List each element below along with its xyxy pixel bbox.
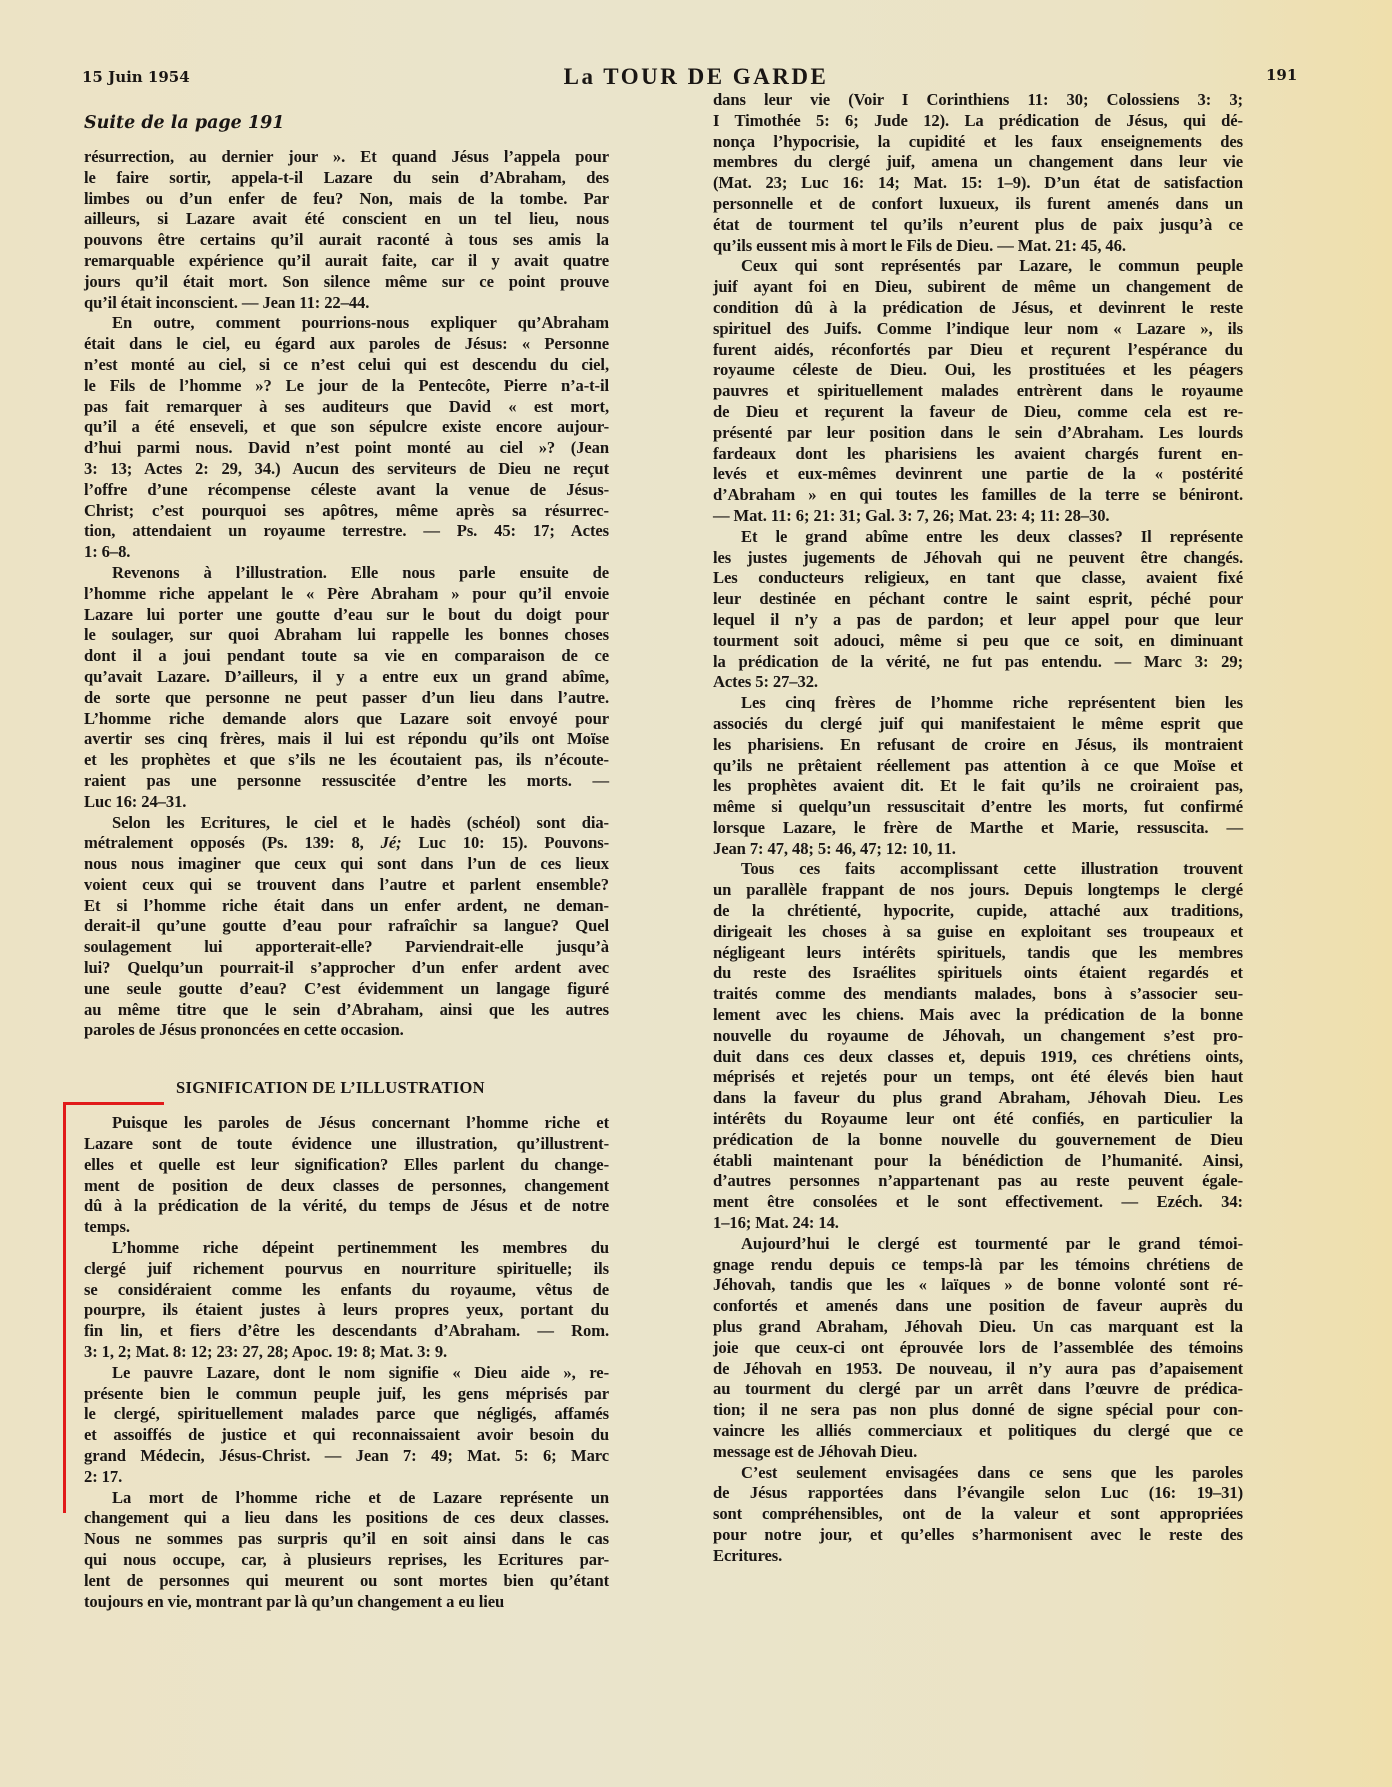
text-line: ailleurs, si Lazare avait été conscient … xyxy=(84,209,609,230)
text-line: Christ; c’est pourquoi ses apôtres, même… xyxy=(84,501,609,522)
text-line: de Jésus rapportées dans l’évangile selo… xyxy=(713,1483,1243,1504)
text-line: Jéhovah, tandis que les « laïques » de b… xyxy=(713,1275,1243,1296)
left-paragraphs-after-heading: Puisque les paroles de Jésus concernant … xyxy=(84,1113,609,1612)
text-line: pourpre, ils étaient justes à leurs prop… xyxy=(84,1300,609,1321)
text-line: dû à la prédication de la vérité, du tem… xyxy=(84,1196,609,1217)
text-line: duit dans ces deux classes et, depuis 19… xyxy=(713,1047,1243,1068)
text-line: établi maintenant pour la bénédiction de… xyxy=(713,1151,1243,1172)
text-line: Jean 7: 47, 48; 5: 46, 47; 12: 10, 11. xyxy=(713,839,1243,860)
text-line: tion; il ne sera pas non plus donné de s… xyxy=(713,1400,1243,1421)
text-line: d’Abraham » en qui toutes les familles d… xyxy=(713,485,1243,506)
text-line: paroles de Jésus prononcées en cette occ… xyxy=(84,1020,609,1041)
page-number: 191 xyxy=(1266,66,1297,84)
text-line: gnage rendu depuis ce temps-là par les t… xyxy=(713,1255,1243,1276)
text-line: grand Médecin, Jésus-Christ. — Jean 7: 4… xyxy=(84,1446,609,1467)
text-line: traités comme des mendiants malades, bon… xyxy=(713,984,1243,1005)
text-line: sont compréhensibles, ont de la valeur e… xyxy=(713,1504,1243,1525)
text-line: résurrection, au dernier jour ». Et quan… xyxy=(84,147,609,168)
paragraph: Les cinq frères de l’homme riche représe… xyxy=(713,693,1243,859)
text-line: Puisque les paroles de Jésus concernant … xyxy=(84,1113,609,1134)
publication-title: La TOUR DE GARDE xyxy=(0,64,1392,90)
text-line: fardeaux dont les pharisiens les avaient… xyxy=(713,444,1243,465)
text-line: un parallèle frappant de nos jours. Depu… xyxy=(713,880,1243,901)
text-line: le faire sortir, appela-t-il Lazare du s… xyxy=(84,168,609,189)
text-line: l’homme riche appelant le « Père Abraham… xyxy=(84,584,609,605)
text-line: furent aidés, réconfortés par Dieu et re… xyxy=(713,340,1243,361)
text-line: elles et quelle est leur signification? … xyxy=(84,1155,609,1176)
text-line: La mort de l’homme riche et de Lazare re… xyxy=(84,1488,609,1509)
text-line: 2: 17. xyxy=(84,1467,609,1488)
text-line: nouvelle du royaume de Jéhovah, un chang… xyxy=(713,1026,1243,1047)
text-line: Lazare lui porter une goutte d’eau sur l… xyxy=(84,605,609,626)
text-line: Revenons à l’illustration. Elle nous par… xyxy=(84,563,609,584)
text-line: se considéraient comme les enfants du ro… xyxy=(84,1280,609,1301)
text-line: Ceux qui sont représentés par Lazare, le… xyxy=(713,256,1243,277)
text-line: juif ayant foi en Dieu, subirent de même… xyxy=(713,277,1243,298)
red-margin-marker-horizontal xyxy=(63,1102,164,1105)
right-paragraphs: dans leur vie (Voir I Corinthiens 11: 30… xyxy=(713,90,1243,1567)
red-margin-marker-vertical xyxy=(63,1102,66,1513)
text-line: raient pas une personne ressuscitée d’en… xyxy=(84,771,609,792)
text-line: ment de position de deux classes de pers… xyxy=(84,1176,609,1197)
paragraph: L’homme riche dépeint pertinemment les m… xyxy=(84,1238,609,1363)
text-line: Aujourd’hui le clergé est tourmenté par … xyxy=(713,1234,1243,1255)
continued-label: Suite de la page 191 xyxy=(84,112,609,147)
text-line: nous nous imaginer que ceux qui sont dan… xyxy=(84,854,609,875)
paragraph: dans leur vie (Voir I Corinthiens 11: 30… xyxy=(713,90,1243,256)
text-line: I Timothée 5: 6; Jude 12). La prédicatio… xyxy=(713,111,1243,132)
text-line: lequel il n’y a pas de pardon; et leur a… xyxy=(713,610,1243,631)
text-line: d’hui parmi nous. David n’est point mont… xyxy=(84,438,609,459)
paragraph: Selon les Ecritures, le ciel et le hadès… xyxy=(84,813,609,1042)
text-line: et les prophètes et que s’ils ne les éco… xyxy=(84,750,609,771)
text-line: n’est monté au ciel, si ce n’est celui q… xyxy=(84,355,609,376)
text-line: fin lin, et fiers d’être les descendants… xyxy=(84,1321,609,1342)
text-line: dirigeait les choses à sa guise en explo… xyxy=(713,922,1243,943)
text-line: qui nous occupe, car, à plusieurs repris… xyxy=(84,1550,609,1571)
text-line: qu’il a été enseveli, et que son sépulcr… xyxy=(84,417,609,438)
text-line: présenté par leur position dans le sein … xyxy=(713,423,1243,444)
text-line: le Fils de l’homme »? Le jour de la Pent… xyxy=(84,376,609,397)
text-line: 3: 13; Actes 2: 29, 34.) Aucun des servi… xyxy=(84,459,609,480)
section-heading: SIGNIFICATION DE L’ILLUSTRATION xyxy=(84,1077,609,1099)
text-line: de Dieu et reçurent la faveur de Dieu, c… xyxy=(713,402,1243,423)
text-line: état de tourment tel qu’ils n’eurent plu… xyxy=(713,215,1243,236)
text-line: de la chrétienté, hypocrite, cupide, att… xyxy=(713,901,1243,922)
text-line: les justes jugements de Jéhovah qui ne p… xyxy=(713,548,1243,569)
text-line: présente bien le commun peuple juif, les… xyxy=(84,1384,609,1405)
paragraph: C’est seulement envisagées dans ce sens … xyxy=(713,1463,1243,1567)
text-line: était dans le ciel, eu égard aux paroles… xyxy=(84,334,609,355)
section-spacer xyxy=(84,1041,609,1077)
text-line: soulagement lui apporterait-elle? Parvie… xyxy=(84,937,609,958)
text-line: Actes 5: 27–32. xyxy=(713,672,1243,693)
paragraph: Le pauvre Lazare, dont le nom signifie «… xyxy=(84,1363,609,1488)
text-line: au tourment du clergé par un arrêt dans … xyxy=(713,1379,1243,1400)
paragraph: Revenons à l’illustration. Elle nous par… xyxy=(84,563,609,813)
text-line: Tous ces faits accomplissant cette illus… xyxy=(713,859,1243,880)
text-line: 3: 1, 2; Mat. 8: 12; 23: 27, 28; Apoc. 1… xyxy=(84,1342,609,1363)
text-line: personnelle et de confort luxueux, ils f… xyxy=(713,194,1243,215)
text-line: prédication de la bonne nouvelle du gouv… xyxy=(713,1130,1243,1151)
right-column: dans leur vie (Voir I Corinthiens 11: 30… xyxy=(713,90,1243,1567)
text-line: et assoiffés de justice et qui reconnais… xyxy=(84,1425,609,1446)
text-line: les pharisiens. En refusant de croire en… xyxy=(713,735,1243,756)
paragraph: Tous ces faits accomplissant cette illus… xyxy=(713,859,1243,1233)
left-paragraphs-before-heading: résurrection, au dernier jour ». Et quan… xyxy=(84,147,609,1041)
text-line: Les conducteurs religieux, en tant que c… xyxy=(713,568,1243,589)
text-line: les prophètes avaient dit. Et le fait qu… xyxy=(713,776,1243,797)
text-line: condition dû à la prédication de Jésus, … xyxy=(713,298,1243,319)
text-line: toujours en vie, montrant par là qu’un c… xyxy=(84,1592,609,1613)
text-line: négligeant leurs intérêts spirituels, ta… xyxy=(713,943,1243,964)
text-line: la prédication de la vérité, ne fut pas … xyxy=(713,652,1243,673)
text-line: limbes ou d’un enfer de feu? Non, mais d… xyxy=(84,189,609,210)
text-line: vaincre les alliés commerciaux et politi… xyxy=(713,1421,1243,1442)
text-line: du reste des Israélites spirituels oints… xyxy=(713,963,1243,984)
text-line: de sorte que personne ne peut passer d’u… xyxy=(84,688,609,709)
text-line: de Jéhovah en 1953. De nouveau, il n’y a… xyxy=(713,1359,1243,1380)
text-line: changement qui a lieu dans les positions… xyxy=(84,1508,609,1529)
text-line: C’est seulement envisagées dans ce sens … xyxy=(713,1463,1243,1484)
text-line: même si quelqu’un ressuscitait d’entre l… xyxy=(713,797,1243,818)
text-line: qu’ils eussent mis à mort le Fils de Die… xyxy=(713,236,1243,257)
paragraph: Puisque les paroles de Jésus concernant … xyxy=(84,1113,609,1238)
text-line: d’autres personnes n’appartenant pas au … xyxy=(713,1171,1243,1192)
text-line: avertir ses cinq frères, mais il lui est… xyxy=(84,729,609,750)
paragraph: En outre, comment pourrions-nous expliqu… xyxy=(84,313,609,563)
text-line: associés du clergé juif qui manifestaien… xyxy=(713,714,1243,735)
text-line: Selon les Ecritures, le ciel et le hadès… xyxy=(84,813,609,834)
text-line: message est de Jéhovah Dieu. xyxy=(713,1442,1243,1463)
text-line: ment être consolées et le sont effective… xyxy=(713,1192,1243,1213)
text-line: remarquable expérience qu’il aurait fait… xyxy=(84,251,609,272)
text-line: lui? Quelqu’un pourrait-il s’approcher d… xyxy=(84,958,609,979)
text-line: Nous ne sommes pas surpris qu’il en soit… xyxy=(84,1529,609,1550)
text-line: pas fait remarquer à ses auditeurs que D… xyxy=(84,397,609,418)
paragraph: Ceux qui sont représentés par Lazare, le… xyxy=(713,256,1243,526)
text-line: qu’ils ne prêtaient réellement pas atten… xyxy=(713,756,1243,777)
text-line: méprisés et rejetés pour un temps, ont é… xyxy=(713,1067,1243,1088)
paragraph: Aujourd’hui le clergé est tourmenté par … xyxy=(713,1234,1243,1463)
text-line: dont il a joui pendant toute sa vie en c… xyxy=(84,646,609,667)
text-line: dans leur vie (Voir I Corinthiens 11: 30… xyxy=(713,90,1243,111)
paragraph: La mort de l’homme riche et de Lazare re… xyxy=(84,1488,609,1613)
text-line: tourment soit adouci, même si peu que ce… xyxy=(713,631,1243,652)
text-line: temps. xyxy=(84,1217,609,1238)
text-line: une seule goutte d’eau? C’est évidemment… xyxy=(84,979,609,1000)
text-line: le clergé, spirituellement malades parce… xyxy=(84,1404,609,1425)
text-line: Lazare sont de toute évidence une illust… xyxy=(84,1134,609,1155)
text-line: Le pauvre Lazare, dont le nom signifie «… xyxy=(84,1363,609,1384)
text-line: Et si l’homme riche était dans un enfer … xyxy=(84,896,609,917)
text-line: royaume céleste de Dieu. Oui, les prosti… xyxy=(713,360,1243,381)
text-line: Et le grand abîme entre les deux classes… xyxy=(713,527,1243,548)
text-line: En outre, comment pourrions-nous expliqu… xyxy=(84,313,609,334)
text-line: Luc 16: 24–31. xyxy=(84,792,609,813)
text-line: L’homme riche dépeint pertinemment les m… xyxy=(84,1238,609,1259)
text-line: confortés et amenés dans une position de… xyxy=(713,1296,1243,1317)
magazine-page: 15 Juin 1954 La TOUR DE GARDE 191 Suite … xyxy=(0,0,1392,1787)
text-line: Ecritures. xyxy=(713,1546,1243,1567)
text-line: métralement opposés (Ps. 139: 8, Jé; Luc… xyxy=(84,833,609,854)
text-line: intérêts du Royaume leur ont été confiés… xyxy=(713,1109,1243,1130)
text-line: dans la faveur du plus grand Abraham, Jé… xyxy=(713,1088,1243,1109)
text-line: pour notre jour, et qu’elles s’harmonise… xyxy=(713,1525,1243,1546)
text-line: L’homme riche demande alors que Lazare s… xyxy=(84,709,609,730)
text-line: tion, attendaient un royaume terrestre. … xyxy=(84,521,609,542)
text-line: lorsque Lazare, le frère de Marthe et Ma… xyxy=(713,818,1243,839)
text-line: levés et eux-mêmes devinrent une partie … xyxy=(713,464,1243,485)
text-line: (Mat. 23; Luc 16: 14; Mat. 15: 1–9). D’u… xyxy=(713,173,1243,194)
text-line: derait-il qu’une goutte d’eau pour rafra… xyxy=(84,916,609,937)
text-line: qu’avait Lazare. D’ailleurs, il y a entr… xyxy=(84,667,609,688)
text-line: voient ceux qui se trouvent dans l’autre… xyxy=(84,875,609,896)
text-line: clergé juif richement pourvus en nourrit… xyxy=(84,1259,609,1280)
text-line: — Mat. 11: 6; 21: 31; Gal. 3: 7, 26; Mat… xyxy=(713,506,1243,527)
text-line: spirituel des Juifs. Comme l’indique leu… xyxy=(713,319,1243,340)
text-line: pauvres et spirituellement malades entrè… xyxy=(713,381,1243,402)
text-line: jours qu’il était mort. Son silence même… xyxy=(84,272,609,293)
text-line: 1–16; Mat. 24: 14. xyxy=(713,1213,1243,1234)
text-line: lent de personnes qui meurent ou sont mo… xyxy=(84,1571,609,1592)
text-line: plus grand Abraham, Jéhovah Dieu. Un cas… xyxy=(713,1317,1243,1338)
text-line: leur destinée en péchant contre le saint… xyxy=(713,589,1243,610)
text-line: au même titre que le sein d’Abraham, ain… xyxy=(84,1000,609,1021)
text-line: 1: 6–8. xyxy=(84,542,609,563)
text-line: pouvons être certains qu’il aurait racon… xyxy=(84,230,609,251)
text-line: nonça l’hypocrisie, la cupidité et les f… xyxy=(713,132,1243,153)
text-line: joie que ceux-ci ont éprouvée lors de l’… xyxy=(713,1338,1243,1359)
paragraph: résurrection, au dernier jour ». Et quan… xyxy=(84,147,609,313)
text-line: l’offre d’une récompense céleste avant l… xyxy=(84,480,609,501)
paragraph: Et le grand abîme entre les deux classes… xyxy=(713,527,1243,693)
left-column: Suite de la page 191 résurrection, au de… xyxy=(84,114,609,1612)
text-line: Les cinq frères de l’homme riche représe… xyxy=(713,693,1243,714)
text-line: le soulager, sur quoi Abraham lui rappel… xyxy=(84,625,609,646)
text-line: qu’il était inconscient. — Jean 11: 22–4… xyxy=(84,293,609,314)
text-line: membres du clergé juif, amena un changem… xyxy=(713,152,1243,173)
text-line: lement avec les chiens. Mais avec la pré… xyxy=(713,1005,1243,1026)
